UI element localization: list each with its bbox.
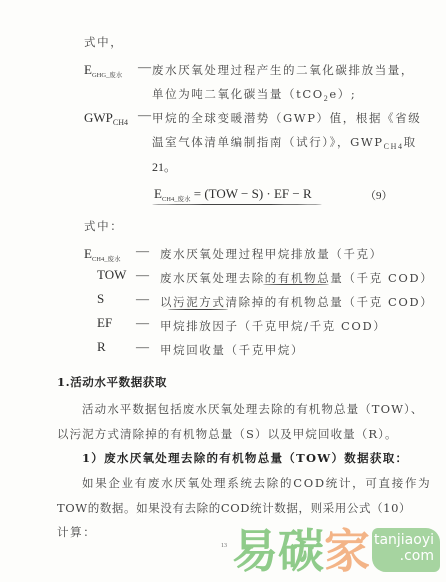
where-label-1: 式中， <box>84 34 123 50</box>
watermark-char-tan: 碳 <box>278 528 324 574</box>
symbol-e-ch4: ECH4_废水 <box>84 243 120 263</box>
symbol-r: R <box>97 339 106 355</box>
definition-ef: 甲烷排放因子（千克甲烷/千克 COD） <box>160 318 386 334</box>
definition-gwp-line1: 甲烷的全球变暖潜势（GWP）值，根据《省级 <box>152 110 421 126</box>
handwritten-underline <box>152 204 322 205</box>
definition-dash: — <box>136 339 149 355</box>
page-number: 13 <box>221 543 227 549</box>
definition-e-ch4: 废水厌氧处理过程甲烷排放量（千克） <box>160 246 383 262</box>
definition-gwp-line2: 温室气体清单编制指南（试行）》，GWPCH4取 <box>152 134 417 151</box>
where-label-2: 式中： <box>84 218 123 234</box>
paragraph-2-line2: TOW的数据。如果没有去除的COD统计数据，则采用公式（10） <box>57 500 411 516</box>
paragraph-2-line1: 如果企业有废水厌氧处理系统去除的COD统计，可直接作为 <box>82 475 431 491</box>
definition-s: 以污泥方式清除掉的有机物总量（千克 COD） <box>160 294 433 310</box>
definition-dash: — <box>136 291 149 307</box>
definition-dash: — <box>136 243 149 259</box>
symbol-s: S <box>97 291 104 307</box>
definition-dash: — <box>138 107 151 123</box>
section-heading: 1.活动水平数据获取 <box>57 374 167 390</box>
equation-9: ECH4_废水 = (TOW − S) · EF − R <box>154 183 312 203</box>
watermark-logo: 易 碳 家 tanjiaoyi .com <box>232 520 446 582</box>
subheading-tow: 1）废水厌氧处理去除的有机物总量（TOW）数据获取： <box>82 450 408 466</box>
definition-dash: — <box>136 267 149 283</box>
definition-gwp-line3: 21。 <box>152 158 176 175</box>
handwritten-underline <box>263 284 329 285</box>
paragraph-1-line1: 活动水平数据包括废水厌氧处理去除的有机物总量（TOW）、 <box>82 401 423 417</box>
definition-dash: — <box>136 315 149 331</box>
symbol-ef: EF <box>97 315 112 331</box>
paragraph-1-line2: 以污泥方式清除掉的有机物总量（S）以及甲烷回收量（R）。 <box>57 426 398 442</box>
watermark-char-jia: 家 <box>324 528 370 574</box>
symbol-gwp-ch4: GWPCH4 <box>84 107 128 127</box>
watermark-char-yi: 易 <box>232 528 278 574</box>
symbol-tow: TOW <box>97 267 126 283</box>
definition-e-ghg-line2: 单位为吨二氧化碳当量（tCO2e）; <box>152 86 356 103</box>
paragraph-2-line3: 计算： <box>57 524 96 540</box>
definition-e-ghg-line1: 废水厌氧处理过程产生的二氧化碳排放当量， <box>152 62 414 78</box>
watermark-domain-badge: tanjiaoyi .com <box>372 528 440 572</box>
definition-r: 甲烷回收量（千克甲烷） <box>160 342 304 358</box>
symbol-e-ghg: EGHG_废水 <box>84 59 122 79</box>
definition-dash: — <box>138 59 151 75</box>
equation-number: （9） <box>365 187 393 203</box>
handwritten-underline <box>168 309 228 310</box>
